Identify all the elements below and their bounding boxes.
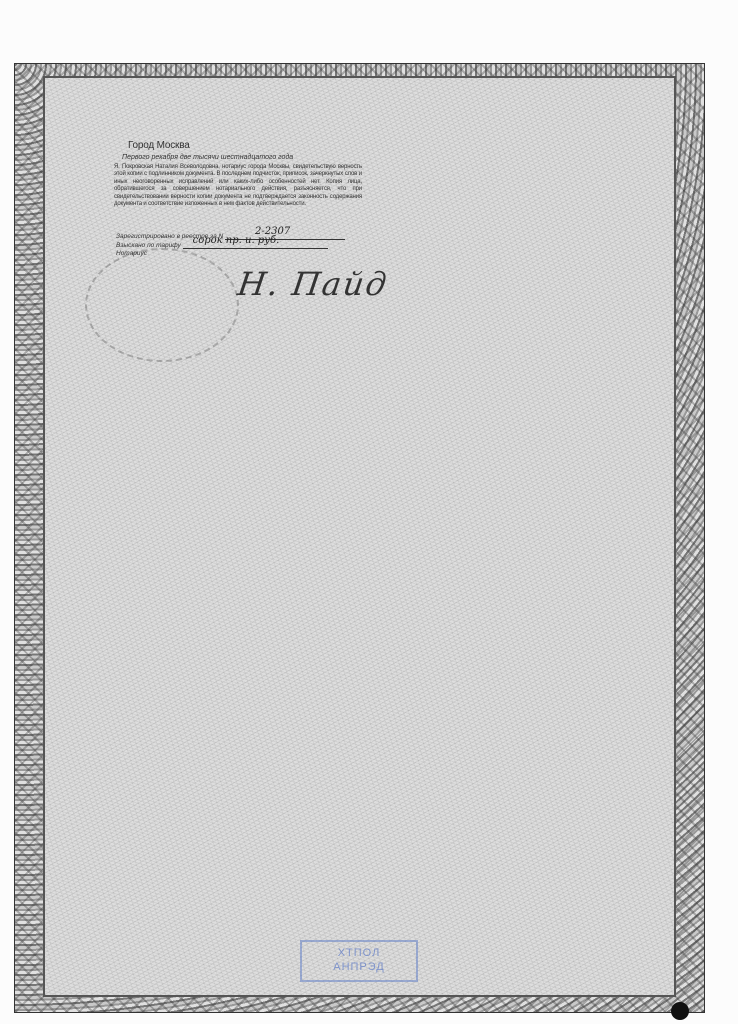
notary-seal-faded bbox=[85, 248, 239, 362]
date-line: Первого рекабря две тысячи шестнадцатого… bbox=[122, 154, 293, 161]
stamp-line-2: АНПРЭД bbox=[302, 960, 416, 974]
certification-text: Я, Покровская Наталия Всеволодовна, нота… bbox=[114, 164, 362, 208]
fee-line: Взыскано по тарифу сорок пр. и. руб. bbox=[116, 241, 328, 249]
city-heading: Город Москва bbox=[128, 140, 190, 151]
fee-label: Взыскано по тарифу bbox=[116, 242, 181, 249]
scanned-page: Город Москва Первого рекабря две тысячи … bbox=[0, 0, 738, 1024]
scan-hole-mark bbox=[671, 1002, 689, 1020]
fee-value: сорок пр. и. руб. bbox=[193, 235, 280, 246]
stamp-line-1: ХТПОЛ bbox=[302, 946, 416, 960]
notary-signature: Н. Пайд bbox=[235, 265, 390, 303]
bottom-stamp: ХТПОЛ АНПРЭД bbox=[300, 940, 418, 982]
fee-underline: сорок пр. и. руб. bbox=[183, 241, 328, 249]
page-body bbox=[43, 76, 676, 997]
notary-label: Нотариус bbox=[116, 250, 147, 257]
